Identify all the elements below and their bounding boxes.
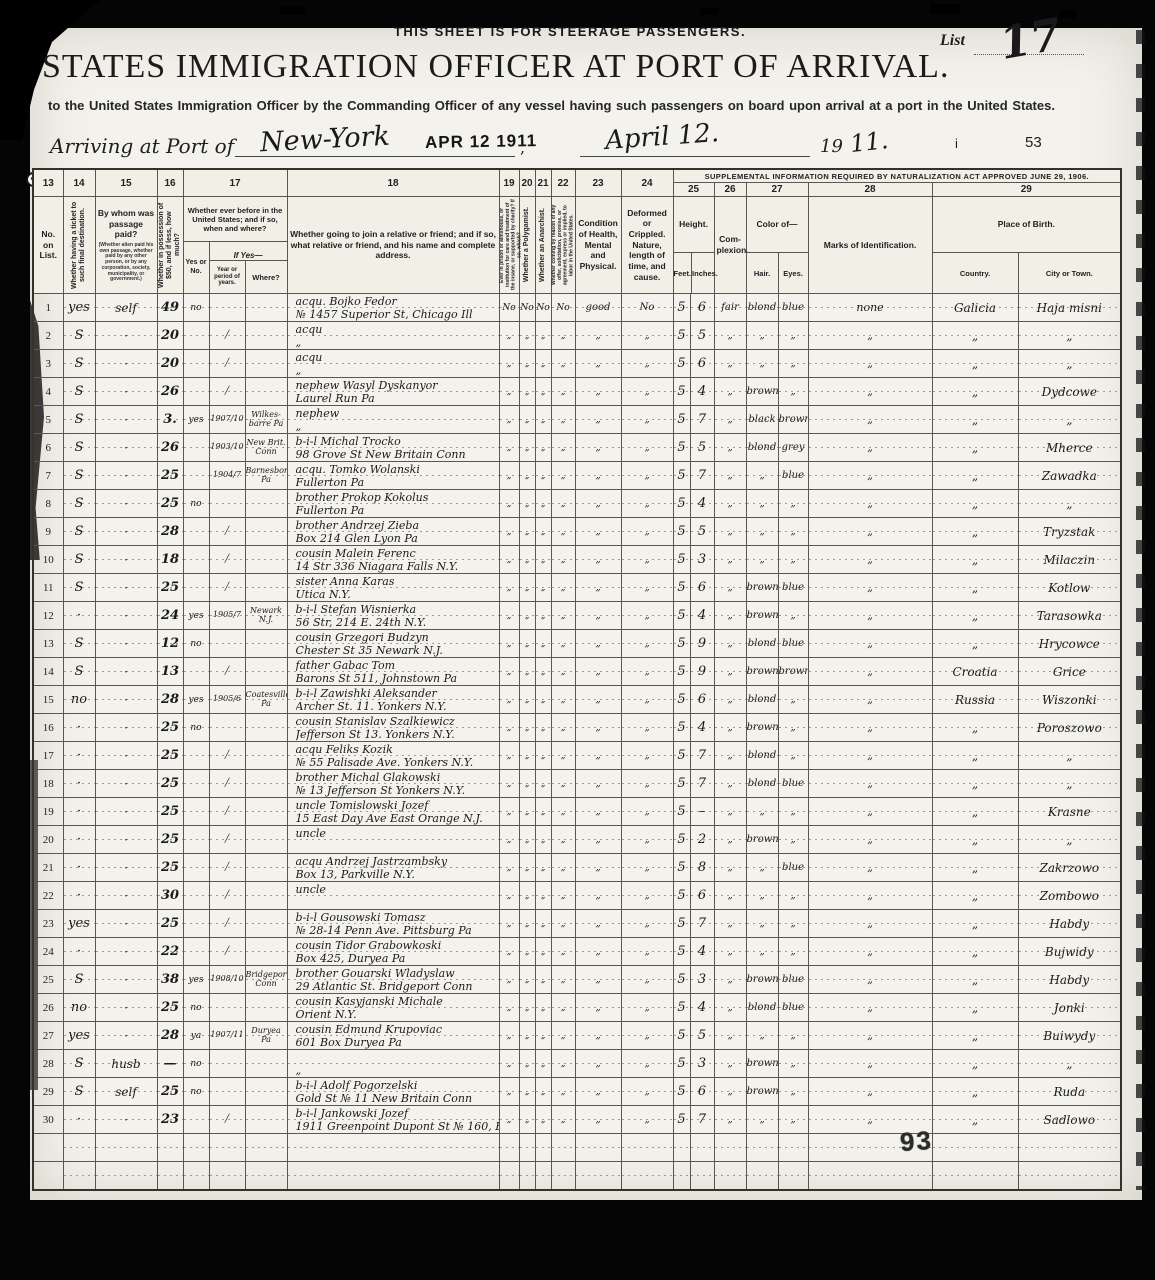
col-29-number: 29 (932, 183, 1121, 197)
cell-before-us-yesno (183, 350, 209, 378)
cell-height-inches: 3 (690, 546, 714, 574)
cell-before-us-year: 1904/7 (209, 462, 245, 490)
cell-deformed: „ (621, 406, 673, 434)
table-row: 21 · · 25 ╱ acqu Andrzej Jastrzambsky Bo… (33, 854, 1121, 882)
col-27-header: Color of— Hair. Eyes. (746, 197, 808, 294)
cell-hair-color: brown (746, 378, 778, 406)
cell-deformed: „ (621, 322, 673, 350)
cell-before-us-yesno: no (183, 1078, 209, 1106)
cell-prison: „ (499, 518, 519, 546)
cell-ticket: yes (63, 1022, 95, 1050)
cell-height-inches: 4 (690, 938, 714, 966)
cell-marks: „ (808, 322, 932, 350)
cell-marks: „ (808, 1078, 932, 1106)
cell-hair-color: blond (746, 742, 778, 770)
cell-row-number: 27 (33, 1022, 63, 1050)
cell-marks: „ (808, 882, 932, 910)
table-row: 26 no · 25 no cousin Kasyjanski Michale … (33, 994, 1121, 1022)
col-19-header: Ever in prison or almshouse, or institut… (499, 197, 519, 294)
cell-passage-paid-by: · (95, 406, 157, 434)
arriving-at-port-label: Arriving at Port of (50, 134, 234, 158)
cell-labor-contract (551, 1162, 575, 1191)
cell-health (575, 1162, 621, 1191)
cell-complexion: „ (714, 882, 746, 910)
cell-polygamist: „ (519, 546, 535, 574)
table-row: 19 · · 25 ╱ uncle Tomislowski Jozef 15 E… (33, 798, 1121, 826)
cell-passage-paid-by: · (95, 714, 157, 742)
cell-before-us-year: ╱ (209, 798, 245, 826)
cell-eye-color: „ (778, 826, 808, 854)
cell-height-inches: 5 (690, 518, 714, 546)
cell-deformed: „ (621, 826, 673, 854)
relative-address-line: № 13 Jefferson St Yonkers N.Y. (296, 784, 499, 797)
cell-hair-color: brown (746, 1050, 778, 1078)
cell-before-us-where (245, 574, 287, 602)
relative-address-line: 29 Atlantic St. Bridgeport Conn (296, 980, 499, 993)
cell-ticket: S (63, 434, 95, 462)
cell-before-us-yesno (183, 658, 209, 686)
cell-before-us-year: 1907/11 (209, 1022, 245, 1050)
relative-address-line (296, 896, 499, 909)
relative-name-line: cousin Tidor Grabowkoski (296, 939, 499, 952)
cell-ticket: S (63, 1078, 95, 1106)
col-17-number: 17 (183, 169, 287, 197)
scan-artifact (280, 6, 306, 15)
cell-birth-country: „ (932, 1022, 1018, 1050)
cell-ticket: S (63, 658, 95, 686)
cell-eye-color: „ (778, 714, 808, 742)
cell-marks: „ (808, 350, 932, 378)
cell-birth-country: „ (932, 518, 1018, 546)
col-15-label: By whom was passage paid? (96, 207, 157, 241)
cell-polygamist (519, 1134, 535, 1162)
cell-relative-friend: cousin Grzegori Budzyn Chester St 35 New… (287, 630, 499, 658)
cell-hair-color: black (746, 406, 778, 434)
cell-polygamist: „ (519, 1106, 535, 1134)
cell-marks: „ (808, 742, 932, 770)
cell-anarchist: „ (535, 798, 551, 826)
cell-height-inches: 6 (690, 1078, 714, 1106)
cell-labor-contract: „ (551, 714, 575, 742)
cell-eye-color: blue (778, 770, 808, 798)
cell-prison (499, 1162, 519, 1191)
cell-polygamist: „ (519, 1022, 535, 1050)
cell-health: „ (575, 714, 621, 742)
cell-ticket: S (63, 966, 95, 994)
cell-money: 25 (157, 714, 183, 742)
cell-before-us-year (209, 294, 245, 322)
cell-eye-color: „ (778, 602, 808, 630)
cell-eye-color (778, 1134, 808, 1162)
cell-relative-friend: father Gabac Tom Barons St 511, Johnstow… (287, 658, 499, 686)
cell-marks: „ (808, 966, 932, 994)
cell-deformed: „ (621, 434, 673, 462)
relative-address-line: Laurel Run Pa (296, 392, 499, 405)
cell-birth-country: „ (932, 1078, 1018, 1106)
cell-money: 24 (157, 602, 183, 630)
cell-relative-friend: b-i-l Zawishki Aleksander Archer St. 11.… (287, 686, 499, 714)
cell-complexion: „ (714, 714, 746, 742)
year-handwritten: 11. (849, 126, 890, 158)
cell-before-us-where (245, 770, 287, 798)
cell-relative-friend: cousin Kasyjanski Michale Orient N.Y. (287, 994, 499, 1022)
cell-height-feet: 5 (673, 322, 690, 350)
cell-row-number: 18 (33, 770, 63, 798)
cell-relative-friend: acqu. Tomko Wolanski Fullerton Pa (287, 462, 499, 490)
cell-height-inches: 4 (690, 994, 714, 1022)
cell-row-number: 20 (33, 826, 63, 854)
relative-address-line: „ (296, 336, 499, 349)
cell-passage-paid-by: · (95, 322, 157, 350)
cell-health: „ (575, 546, 621, 574)
cell-row-number: 12 (33, 602, 63, 630)
cell-health: „ (575, 826, 621, 854)
hair-label: Hair. (747, 253, 779, 293)
cell-before-us-yesno: yes (183, 966, 209, 994)
cell-anarchist: „ (535, 1022, 551, 1050)
cell-hair-color: „ (746, 462, 778, 490)
cell-complexion: „ (714, 910, 746, 938)
cell-complexion: fair (714, 294, 746, 322)
cell-marks: „ (808, 546, 932, 574)
table-row: 20 · · 25 ╱ uncle „ „ „ „ „ „ 5 2 „ brow… (33, 826, 1121, 854)
cell-prison: „ (499, 798, 519, 826)
cell-height-feet: 5 (673, 994, 690, 1022)
table-row: 2 S · 20 ╱ acqu „ „ „ „ „ „ „ 5 5 „ „ „ … (33, 322, 1121, 350)
cell-height-inches: – (690, 798, 714, 826)
relative-address-line: № 1457 Superior St, Chicago Ill (296, 308, 499, 321)
cell-before-us-year: ╱ (209, 658, 245, 686)
cell-ticket: · (63, 1106, 95, 1134)
cell-anarchist: „ (535, 742, 551, 770)
cell-birth-city: „ (1018, 742, 1121, 770)
cell-before-us-where (245, 658, 287, 686)
cell-health: „ (575, 1078, 621, 1106)
cell-height-feet: 5 (673, 658, 690, 686)
col-18-header: Whether going to join a relative or frie… (287, 197, 499, 294)
cell-anarchist: „ (535, 770, 551, 798)
cell-height-feet: 5 (673, 350, 690, 378)
cell-height-feet: 5 (673, 770, 690, 798)
cell-birth-city: Mherce (1018, 434, 1121, 462)
page-title: STATES IMMIGRATION OFFICER AT PORT OF AR… (42, 48, 802, 86)
cell-birth-city: „ (1018, 826, 1121, 854)
cell-deformed: „ (621, 798, 673, 826)
cell-labor-contract: „ (551, 350, 575, 378)
cell-row-number: 23 (33, 910, 63, 938)
cell-hair-color: „ (746, 518, 778, 546)
cell-passage-paid-by: · (95, 630, 157, 658)
cell-health: „ (575, 1106, 621, 1134)
cell-before-us-year: ╱ (209, 1106, 245, 1134)
cell-passage-paid-by: · (95, 994, 157, 1022)
cell-deformed: „ (621, 350, 673, 378)
cell-hair-color: brown (746, 966, 778, 994)
cell-height-inches: 6 (690, 350, 714, 378)
cell-before-us-yesno: no (183, 630, 209, 658)
cell-marks: „ (808, 994, 932, 1022)
relative-address-line: 15 East Day Ave East Orange N.J. (296, 812, 499, 825)
cell-labor-contract: „ (551, 602, 575, 630)
cell-complexion: „ (714, 1078, 746, 1106)
cell-health: „ (575, 518, 621, 546)
cell-relative-friend: brother Gouarski Wladyslaw 29 Atlantic S… (287, 966, 499, 994)
relative-name-line (296, 1135, 499, 1148)
cell-complexion (714, 1134, 746, 1162)
cell-money: 12 (157, 630, 183, 658)
cell-anarchist: „ (535, 350, 551, 378)
cell-before-us-where (245, 322, 287, 350)
table-row: 5 S · 3. yes 1907/10 Wilkes-barre Pa nep… (33, 406, 1121, 434)
table-row: 10 S · 18 ╱ cousin Malein Ferenc 14 Str … (33, 546, 1121, 574)
cell-hair-color: „ (746, 1022, 778, 1050)
cell-before-us-yesno (183, 378, 209, 406)
cell-labor-contract: „ (551, 798, 575, 826)
cell-passage-paid-by: · (95, 910, 157, 938)
col-14-header: Whether having a ticket to such final de… (63, 197, 95, 294)
relative-name-line: b-i-l Michal Trocko (296, 435, 499, 448)
cell-row-number: 2 (33, 322, 63, 350)
relative-name-line: uncle (296, 827, 499, 840)
cell-hair-color: brown (746, 826, 778, 854)
cell-before-us-where (245, 1050, 287, 1078)
cell-money: 25 (157, 574, 183, 602)
col-18-number: 18 (287, 169, 499, 197)
cell-deformed: „ (621, 882, 673, 910)
cell-polygamist: „ (519, 378, 535, 406)
cell-ticket: · (63, 938, 95, 966)
cell-before-us-yesno: no (183, 994, 209, 1022)
cell-birth-country: Russia (932, 686, 1018, 714)
cell-ticket (63, 1134, 95, 1162)
cell-complexion: „ (714, 406, 746, 434)
cell-prison: „ (499, 462, 519, 490)
relative-name-line: brother Prokop Kokolus (296, 491, 499, 504)
cell-before-us-year (209, 1134, 245, 1162)
cell-marks: „ (808, 574, 932, 602)
cell-polygamist: „ (519, 490, 535, 518)
cell-prison: „ (499, 350, 519, 378)
cell-birth-country: „ (932, 602, 1018, 630)
cell-height-inches (690, 1162, 714, 1191)
cell-row-number: 17 (33, 742, 63, 770)
cell-before-us-where (245, 910, 287, 938)
col-23-header: Condition of Health, Mental and Physical… (575, 197, 621, 294)
table-row: 29 S self 25 no b-i-l Adolf Pogorzelski … (33, 1078, 1121, 1106)
cell-complexion: „ (714, 854, 746, 882)
cell-hair-color: blond (746, 770, 778, 798)
cell-money (157, 1134, 183, 1162)
col-17-year-label: Year or period of years. (210, 261, 246, 293)
cell-prison: „ (499, 854, 519, 882)
cell-before-us-year: ╱ (209, 518, 245, 546)
col-17-ifyes-label: If Yes— (210, 242, 287, 261)
cell-row-number: 4 (33, 378, 63, 406)
cell-height-inches: 5 (690, 434, 714, 462)
cell-passage-paid-by: · (95, 938, 157, 966)
cell-health: „ (575, 770, 621, 798)
cell-before-us-where: Barnesboro Pa (245, 462, 287, 490)
cell-polygamist: „ (519, 938, 535, 966)
cell-birth-country: „ (932, 378, 1018, 406)
cell-birth-city: Ruda (1018, 1078, 1121, 1106)
cell-anarchist: „ (535, 518, 551, 546)
cell-eye-color: brown (778, 406, 808, 434)
cell-birth-city: Habdy (1018, 966, 1121, 994)
cell-marks: „ (808, 854, 932, 882)
cell-money: 20 (157, 322, 183, 350)
relative-address-line: Fullerton Pa (296, 476, 499, 489)
cell-deformed: „ (621, 1050, 673, 1078)
cell-anarchist (535, 1134, 551, 1162)
cell-relative-friend: b-i-l Gousowski Tomasz № 28-14 Penn Ave.… (287, 910, 499, 938)
cell-relative-friend: cousin Tidor Grabowkoski Box 425, Duryea… (287, 938, 499, 966)
cell-birth-city: Tarasowka (1018, 602, 1121, 630)
cell-hair-color: „ (746, 1106, 778, 1134)
cell-birth-city: Zakrzowo (1018, 854, 1121, 882)
cell-money: 22 (157, 938, 183, 966)
cell-ticket (63, 1162, 95, 1191)
cell-birth-city: Zawadka (1018, 462, 1121, 490)
cell-height-feet: 5 (673, 1022, 690, 1050)
cell-passage-paid-by: · (95, 1022, 157, 1050)
col-16-header: Whether in possession of $50, and if les… (157, 197, 183, 294)
date-handwritten: April 12. (604, 118, 720, 156)
cell-deformed: „ (621, 1106, 673, 1134)
cell-height-feet: 5 (673, 294, 690, 322)
cell-anarchist: „ (535, 630, 551, 658)
cell-eye-color: „ (778, 378, 808, 406)
cell-labor-contract: „ (551, 658, 575, 686)
cell-health: „ (575, 658, 621, 686)
cell-labor-contract: „ (551, 406, 575, 434)
cell-birth-country: „ (932, 994, 1018, 1022)
cell-hair-color: „ (746, 854, 778, 882)
cell-row-number: 30 (33, 1106, 63, 1134)
inches-label: Inches. (692, 253, 718, 293)
cell-complexion: „ (714, 966, 746, 994)
cell-height-inches: 7 (690, 406, 714, 434)
cell-labor-contract: „ (551, 994, 575, 1022)
cell-relative-friend: nephew Wasyl Dyskanyor Laurel Run Pa (287, 378, 499, 406)
cell-before-us-where (245, 882, 287, 910)
cell-health: good (575, 294, 621, 322)
cell-health: „ (575, 378, 621, 406)
col-24-header: Deformed or Crippled. Nature, length of … (621, 197, 673, 294)
cell-marks: „ (808, 1022, 932, 1050)
cell-before-us-where: Wilkes-barre Pa (245, 406, 287, 434)
cell-birth-city: Kotlow (1018, 574, 1121, 602)
cell-polygamist: „ (519, 686, 535, 714)
cell-polygamist: „ (519, 714, 535, 742)
cell-polygamist: „ (519, 406, 535, 434)
port-handwritten: New-York (259, 121, 390, 159)
cell-eye-color: brown (778, 658, 808, 686)
cell-health: „ (575, 686, 621, 714)
scanned-manifest-page: THIS SHEET IS FOR STEERAGE PASSENGERS. L… (0, 0, 1155, 1280)
cell-ticket: · (63, 854, 95, 882)
cell-complexion: „ (714, 518, 746, 546)
cell-anarchist: „ (535, 714, 551, 742)
cell-height-inches (690, 1134, 714, 1162)
cell-prison: „ (499, 574, 519, 602)
cell-height-inches: 7 (690, 910, 714, 938)
cell-before-us-yesno (183, 938, 209, 966)
cell-health: „ (575, 350, 621, 378)
cell-height-inches: 2 (690, 826, 714, 854)
cell-anarchist: „ (535, 910, 551, 938)
cell-row-number: 1 (33, 294, 63, 322)
cell-money: 25 (157, 462, 183, 490)
relative-name-line: b-i-l Adolf Pogorzelski (296, 1079, 499, 1092)
cell-relative-friend: cousin Stanislav Szalkiewicz Jefferson S… (287, 714, 499, 742)
table-header: 13 14 15 16 17 18 19 20 21 22 23 24 SUPP… (33, 169, 1121, 294)
cell-birth-country: „ (932, 798, 1018, 826)
cell-passage-paid-by: · (95, 882, 157, 910)
cell-ticket: S (63, 1050, 95, 1078)
cell-eye-color: blue (778, 854, 808, 882)
relative-name-line: b-i-l Jankowski Jozef (296, 1107, 499, 1120)
cell-birth-city: Tryzstak (1018, 518, 1121, 546)
cell-birth-city: Habdy (1018, 910, 1121, 938)
relative-name-line: cousin Kasyjanski Michale (296, 995, 499, 1008)
cell-hair-color: brown (746, 602, 778, 630)
col-15-note: (Whether alien paid his own passage, whe… (96, 243, 157, 283)
cell-complexion: „ (714, 434, 746, 462)
cell-row-number: 11 (33, 574, 63, 602)
cell-before-us-yesno (183, 854, 209, 882)
cell-health: „ (575, 994, 621, 1022)
cell-before-us-yesno (183, 546, 209, 574)
cell-row-number: 22 (33, 882, 63, 910)
cell-eye-color: „ (778, 910, 808, 938)
cell-before-us-where: Coatesville Pa (245, 686, 287, 714)
table-row: 22 · · 30 ╱ uncle „ „ „ „ „ „ 5 6 „ „ „ … (33, 882, 1121, 910)
cell-deformed: „ (621, 658, 673, 686)
cell-polygamist: „ (519, 910, 535, 938)
cell-marks: „ (808, 770, 932, 798)
cell-complexion: „ (714, 546, 746, 574)
cell-deformed (621, 1162, 673, 1191)
cell-marks: none (808, 294, 932, 322)
cell-anarchist: „ (535, 1106, 551, 1134)
cell-height-feet: 5 (673, 462, 690, 490)
cell-hair-color (746, 1134, 778, 1162)
cell-relative-friend: b-i-l Adolf Pogorzelski Gold St № 11 New… (287, 1078, 499, 1106)
cell-polygamist: „ (519, 658, 535, 686)
cell-health: „ (575, 938, 621, 966)
cell-height-feet: 5 (673, 742, 690, 770)
cell-eye-color: „ (778, 1050, 808, 1078)
cell-polygamist: „ (519, 574, 535, 602)
year-prefix: 19 (820, 136, 843, 157)
cell-money: 25 (157, 910, 183, 938)
cell-money: 26 (157, 378, 183, 406)
cell-height-inches: 6 (690, 574, 714, 602)
cell-height-feet (673, 1134, 690, 1162)
relative-address-line: № 55 Palisade Ave. Yonkers N.Y. (296, 756, 499, 769)
cell-money: 25 (157, 1078, 183, 1106)
cell-eye-color: „ (778, 1022, 808, 1050)
cell-before-us-where (245, 630, 287, 658)
cell-before-us-year: ╱ (209, 350, 245, 378)
cell-birth-city: Sadlowo (1018, 1106, 1121, 1134)
cell-height-inches: 6 (690, 294, 714, 322)
cell-passage-paid-by: self (95, 294, 157, 322)
cell-anarchist: „ (535, 406, 551, 434)
cell-relative-friend: acqu „ (287, 322, 499, 350)
relative-address-line: Orient N.Y. (296, 1008, 499, 1021)
